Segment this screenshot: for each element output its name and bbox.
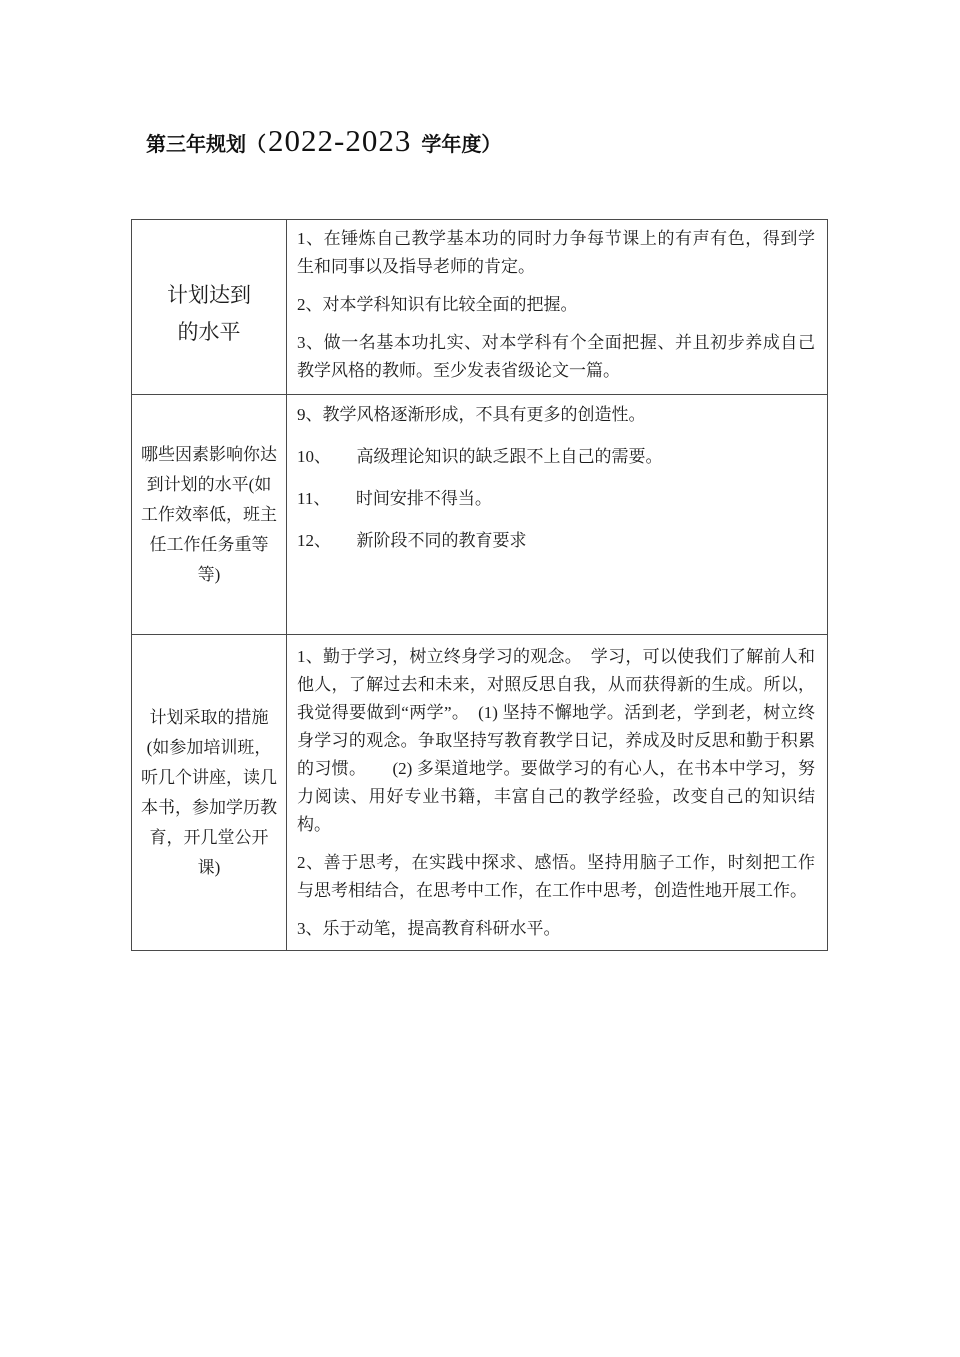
- row-content-planned-measures: 1、勤于学习，树立终身学习的观念。 学习，可以使我们了解前人和他人，了解过去和未…: [287, 635, 827, 950]
- title-year: 2022-2023: [266, 123, 413, 158]
- page-title: 第三年规划（2022-2023学年度）: [146, 122, 501, 159]
- table-row-influencing-factors: 哪些因素影响你达 到计划的水平(如 工作效率低，班主 任工作任务重等 等) 9、…: [132, 394, 827, 634]
- goal-item-2: 2、对本学科知识有比较全面的把握。: [297, 291, 815, 319]
- planning-table: 计划达到 的水平 1、在锤炼自己教学基本功的同时力争每节课上的有声有色，得到学生…: [131, 219, 828, 951]
- factor-item-11: 11、 时间安排不得当。: [297, 485, 815, 513]
- row-content-influencing-factors: 9、教学风格逐渐形成，不具有更多的创造性。 10、 高级理论知识的缺乏跟不上自己…: [287, 395, 827, 634]
- row-content-goal-level: 1、在锤炼自己教学基本功的同时力争每节课上的有声有色，得到学生和同事以及指导老师…: [287, 220, 827, 394]
- row-header-planned-measures: 计划采取的措施 (如参加培训班， 听几个讲座，读几 本书，参加学历教 育，开几堂…: [132, 635, 287, 950]
- title-prefix: 第三年规划: [146, 134, 246, 156]
- measure-item-1: 1、勤于学习，树立终身学习的观念。 学习，可以使我们了解前人和他人，了解过去和未…: [297, 643, 815, 839]
- title-open-paren-icon: （: [246, 134, 266, 156]
- table-row-planned-measures: 计划采取的措施 (如参加培训班， 听几个讲座，读几 本书，参加学历教 育，开几堂…: [132, 634, 827, 950]
- measure-item-3: 3、乐于动笔，提高教育科研水平。: [297, 915, 815, 943]
- measure-item-2: 2、善于思考，在实践中探求、感悟。坚持用脑子工作，时刻把工作与思考相结合，在思考…: [297, 849, 815, 905]
- goal-item-1: 1、在锤炼自己教学基本功的同时力争每节课上的有声有色，得到学生和同事以及指导老师…: [297, 225, 815, 281]
- row-header-influencing-factors: 哪些因素影响你达 到计划的水平(如 工作效率低，班主 任工作任务重等 等): [132, 395, 287, 634]
- factor-item-10: 10、 高级理论知识的缺乏跟不上自己的需要。: [297, 443, 815, 471]
- table-row-goal-level: 计划达到 的水平 1、在锤炼自己教学基本功的同时力争每节课上的有声有色，得到学生…: [132, 220, 827, 394]
- factor-item-9: 9、教学风格逐渐形成，不具有更多的创造性。: [297, 401, 815, 429]
- factor-item-12: 12、 新阶段不同的教育要求: [297, 527, 815, 555]
- title-suffix: 学年度: [421, 134, 481, 156]
- goal-item-3: 3、做一名基本功扎实、对本学科有个全面把握、并且初步养成自己教学风格的教师。至少…: [297, 329, 815, 385]
- row-header-goal-level: 计划达到 的水平: [132, 220, 287, 394]
- title-close-paren-icon: ）: [481, 134, 501, 156]
